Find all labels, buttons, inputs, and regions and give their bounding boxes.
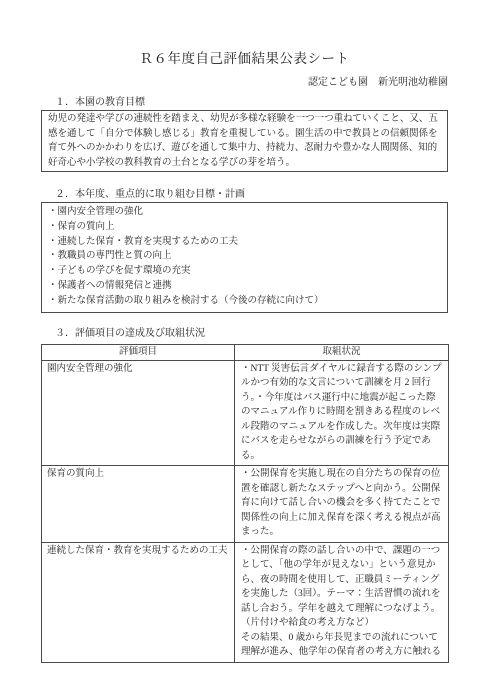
column-header-evaluation-item: 評価項目 [42, 344, 235, 360]
section2-heading: ２．本年度、重点的に取り組む目標・計画 [41, 188, 448, 202]
evaluation-item-cell: 連続した保育・教育を実現するための工夫 [42, 542, 235, 662]
goal-list-item: ・連続した保育・教育を実現するための工夫 [48, 235, 441, 250]
evaluation-item-cell: 保育の質向上 [42, 466, 235, 543]
table-row: 連続した保育・教育を実現するための工夫 ・公開保育の際の話し合いの中で、課題の一… [42, 542, 449, 662]
education-goal-box: 幼児の発達や学びの連続性を踏まえ、幼児が多様な経験を一つ一つ重ねていくこと、又、… [41, 110, 448, 172]
table-row: 保育の質向上 ・公開保育を実施し現在の自分たちの保育の位置を確認し新たなステップ… [42, 466, 449, 543]
section1-heading: １．本園の教育目標 [41, 96, 448, 110]
section3-heading: ３．評価項目の達成及び取組状況 [41, 327, 448, 341]
goal-list-item: ・保育の質向上 [48, 220, 441, 235]
evaluation-table: 評価項目 取組状況 園内安全管理の強化 ・NTT 災害伝言ダイヤルに録音する際の… [41, 344, 449, 663]
document-page: Ｒ６年度自己評価結果公表シート 認定こども園 新光明池幼稚園 １．本園の教育目標… [0, 0, 495, 700]
priority-goals-box: ・園内安全管理の強化 ・保育の質向上 ・連続した保育・教育を実現するための工夫 … [41, 202, 448, 313]
goal-list-item: ・新たな保育活動の取り組みを検討する（今後の存続に向けて） [48, 294, 441, 309]
page-title: Ｒ６年度自己評価結果公表シート [41, 50, 448, 68]
goal-list-item: ・園内安全管理の強化 [48, 205, 441, 220]
goal-list-item: ・保護者への情報発信と連携 [48, 279, 441, 294]
goal-list-item: ・子どもの学びを促す環境の充実 [48, 264, 441, 279]
column-header-status: 取組状況 [235, 344, 449, 360]
organization-name: 認定こども園 新光明池幼稚園 [41, 76, 448, 90]
status-cell: ・NTT 災害伝言ダイヤルに録音する際のシンプルかつ有効的な文言について訓練を月… [235, 360, 449, 466]
status-cell: ・公開保育の際の話し合いの中で、課題の一つとして、「他の学年が見えない」という意… [235, 542, 449, 662]
status-cell: ・公開保育を実施し現在の自分たちの保育の位置を確認し新たなステップへと向かう。公… [235, 466, 449, 543]
table-header-row: 評価項目 取組状況 [42, 344, 449, 360]
goal-list-item: ・教職員の専門性と質の向上 [48, 249, 441, 264]
table-row: 園内安全管理の強化 ・NTT 災害伝言ダイヤルに録音する際のシンプルかつ有効的な… [42, 360, 449, 466]
evaluation-item-cell: 園内安全管理の強化 [42, 360, 235, 466]
